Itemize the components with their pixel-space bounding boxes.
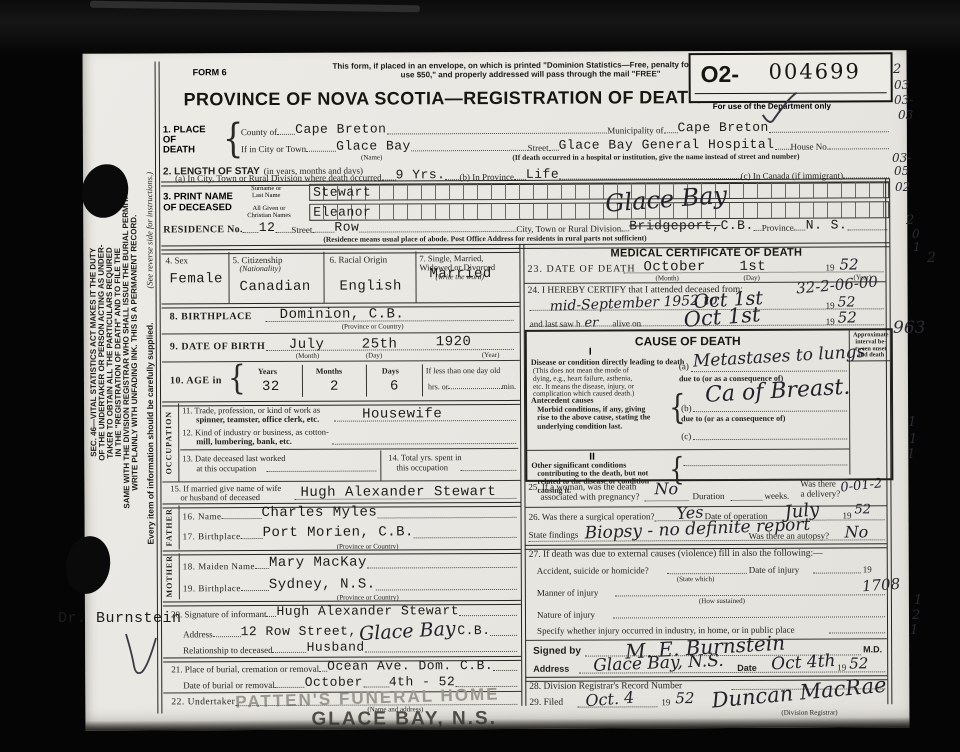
manner-line [615,594,885,596]
pregnancy-label-1: 25. If a woman, was the death [528,481,636,491]
date-of-birth-label: 9. DATE OF BIRTH [170,341,265,352]
mother-maiden-label: 18. Maiden Name [183,561,255,571]
total-yrs-label-2: this occupation [396,462,448,472]
margin-note: 2 [912,608,920,623]
filed-label: 29. Filed [529,698,563,708]
margin-note: 963 [893,318,925,338]
city-label: If in City or Town [241,144,306,154]
house-no-label: House No. [790,142,829,152]
birthplace-note: (Province or Country) [342,322,404,330]
signed-by-label: Signed by [533,646,581,657]
sex-label: 4. Sex [165,255,188,265]
age-days-label: Days [382,366,399,375]
due-to-label-2: due to (or as a consequence of) [681,414,785,423]
margin-note: 1708 [861,575,900,596]
weeks-label: weeks. [764,491,789,501]
specify-line [829,632,885,633]
surname-sublabel: Surname or Last Name [251,185,281,199]
external-causes-label: 27. If death was due to external causes … [529,549,823,560]
total-yrs-line [460,470,516,471]
informant-relationship-value: Husband [307,640,365,655]
duration-line [730,500,762,501]
residence-division-value: Bridgeport, [629,218,720,233]
age-rule-2 [366,365,367,397]
duration-label: Duration [692,491,724,501]
cause-a-line [691,370,847,372]
findings-line [529,539,885,542]
margin-note: 1 [907,447,915,462]
age-rule-3 [422,364,423,396]
delivery-label-2: a delivery? [800,488,840,498]
trade-label-2: spinner, teamster, office clerk, etc. [196,414,319,425]
informant-relationship-label: Relationship to deceased [183,645,273,655]
dob-year: 1920 [436,334,472,350]
age-months-label: Months [316,367,342,376]
burial-place-value: Ocean Ave. Dom. C.B. [327,658,493,674]
cause-section-rule [527,448,849,450]
birthplace-label: 8. BIRTHPLACE [170,311,252,322]
residence-province-value: N. S. [806,217,848,232]
registration-number: 004699 [769,59,861,83]
how-sustained-note: (How sustained) [699,597,745,605]
father-tab-rule [178,505,179,549]
informant-address-value2: C.B. [457,623,490,638]
last-worked-label-2: at this occupation [196,463,256,473]
margin-note: 1 [910,623,918,638]
accident-line [667,573,747,574]
filed-19: 19 [661,697,670,707]
paper-bottom-shadow [85,717,909,731]
rule-occupation-bottom [162,480,520,483]
age-rule-1 [302,365,303,397]
place-of-death-label: 1. PLACE OF DEATH [163,125,225,155]
md-label: M.D. [863,644,882,654]
pregnancy-answer-handwriting: No [654,479,678,498]
antecedent-label: Antecedent causes [531,396,593,405]
nature-line [613,616,885,618]
rule-12-13 [180,448,518,450]
county-label: County of [241,127,277,137]
address-line [579,671,885,673]
residence-division-value2: C.B. [721,218,754,233]
mother-tab-rule [179,553,180,599]
cause-a-label: (a) [679,361,689,371]
injury-date-label: Date of injury [749,565,800,575]
dob-day-note: (Day) [366,351,382,359]
cell-rule-2 [323,252,324,303]
marital-status-value: Married [429,266,491,282]
residence-note: (Residence means usual place of abode. P… [323,233,646,243]
pregnancy-line [644,500,688,501]
burial-date-label: Date of burial or removal [183,680,275,690]
operation-year-handwriting: 52 [854,502,871,517]
rule-13-14 [380,451,381,481]
margin-note: 05 [894,164,909,178]
medical-certificate-header: MEDICAL CERTIFICATE OF DEATH [527,246,885,260]
total-yrs-label-1: 14. Total yrs. spent in [388,452,461,462]
residence-street-label: Street [291,225,312,235]
margin-note: 03 [894,78,909,92]
informant-address-value: 12 Row Street, [241,624,357,640]
signed-year-handwriting: 52 [849,654,868,672]
age-min-label: min. [502,382,516,391]
margin-note: 2 [906,213,914,228]
father-birthplace-value: Port Morien, C.B. [263,524,414,541]
alive-on-label: alive on [612,318,641,328]
cause-b-label: (b) [681,403,692,413]
age-years-value: 32 [262,379,280,395]
given-names-sublabel: All Given or Christian Names [247,205,291,219]
margin-note: 03- [894,93,913,107]
findings-label: State findings [529,530,579,540]
doctor-margin-note: Dr. Burnstein [58,610,182,627]
cause-c-label: (c) [681,431,691,441]
sidebar-see-reverse-note: (See reverse side for instructions.) [144,172,155,289]
delivery-handwriting: 0-01-2 [840,476,883,495]
city-value: Glace Bay [336,138,411,153]
burial-place-label: 21. Place of burial, cremation or remova… [171,664,319,675]
delivery-label-1: Was there [800,479,836,489]
industry-line [332,443,516,445]
pregnancy-label-2: associated with pregnancy? [540,491,639,501]
cell-rule-1 [228,252,229,303]
accident-label: Accident, suicide or homicide? [537,565,649,575]
cause-b-line [693,410,847,412]
citizenship-note: (Nationality) [239,264,280,273]
last-worked-label-1: 13. Date deceased last worked [182,453,285,463]
undertaker-label: 22. Undertaker [171,697,235,707]
father-birthplace-label: 17. Birthplace [183,531,241,541]
surname-grid [309,181,889,201]
last-worked-line [266,471,376,472]
filed-year-handwriting: 52 [675,689,694,707]
manner-label: Manner of injury [537,588,599,598]
cell-rule-3 [415,251,416,302]
registration-number-prefix: O2- [701,61,739,88]
industry-label-2: mill, lumbering, bank, etc. [196,436,292,446]
rule-9-10 [162,360,520,363]
street-label: Street [528,143,549,153]
disease-note: (This does not mean the mode of dying, e… [533,366,634,398]
racial-origin-label: 6. Racial Origin [329,254,387,264]
margin-note: 1 [913,240,921,254]
racial-origin-value: English [340,278,402,294]
residence-province-label: Province [762,223,794,233]
informant-value: Hugh Alexander Stewart [276,603,459,619]
residence-street-value: Row [334,220,359,235]
margin-note: 2 [893,62,901,77]
date-of-death-label: 23. DATE OF DEATH [527,263,635,274]
age-label: 10. AGE in [170,375,222,386]
cause-roman-one: I [589,347,592,358]
dod-month-note: (Month) [655,274,678,282]
age-less-label: If less than one day old [426,366,500,375]
checkmark-bottom-left [122,630,162,680]
margin-note: 03 [898,108,913,122]
dob-month-note: (Month) [296,352,319,360]
age-years-label: Years [258,367,277,376]
sex-value: Female [169,271,222,287]
mother-birthplace-value: Sydney, N.S. [269,577,376,593]
mother-tab: MOTHER [165,555,174,597]
father-tab: FATHER [165,507,174,547]
informant-address-label: Address [183,629,213,639]
given-names-value: Eleanor [313,205,371,220]
father-name-label: 16. Name [183,511,222,521]
citizenship-value: Canadian [240,279,311,295]
scanned-death-registration: SEC. 46—VITAL STATISTICS ACT MAKES IT TH… [0,0,960,752]
physician-address-label: Address [533,664,569,674]
dob-year-note: (Year) [482,351,500,359]
age-brace: { [228,358,246,398]
residence-division-label: City, Town or Rural Division [516,223,621,233]
filed-line [577,706,657,707]
margin-note: 0 [912,227,920,241]
cause-of-death-box: CAUSE OF DEATH Approximate interval be- … [525,328,894,482]
other-line-1 [683,464,847,466]
residence-label: RESIDENCE No. [163,224,243,235]
informant-label: 20. Signature of informant [171,609,267,619]
residence-no-value: 12 [259,220,276,235]
age-months-value: 2 [330,379,339,395]
form-number: FORM 6 [193,67,227,77]
street-value: Glace Bay General Hospital [559,137,775,153]
cause-c-line [693,438,847,440]
margin-note: 2 [927,250,936,266]
injury-date-line [813,572,861,573]
nature-label: Nature of injury [537,610,595,620]
sidebar-every-item-note: Every item of information should be care… [145,323,156,545]
spouse-label-2: or husband of deceased [180,492,260,502]
age-hrs-label: hrs. or [428,382,448,391]
injury-19: 19 [863,564,872,574]
county-value: Cape Breton [295,121,386,136]
occupation-tab: OCCUPATION [164,405,173,479]
occupation-tab-rule [178,403,179,481]
document-title: PROVINCE OF NOVA SCOTIA—REGISTRATION OF … [163,87,723,110]
burial-date-month: October [305,675,363,690]
margin-note: 1 [909,432,917,447]
margin-note: 03- [892,151,911,165]
margin-note: 1 [914,593,922,608]
mother-maiden-value: Mary MacKay [269,555,367,571]
last-saw-label: and last saw h [530,319,581,329]
father-name-value: Charles Myles [261,505,377,522]
rule-25-26 [525,505,887,508]
margin-note: 1 [908,415,916,430]
municipality-label: Municipality of [607,125,663,135]
antecedent-note: Morbid conditions, if any, giving rise t… [537,405,650,431]
age-days-value: 6 [390,378,399,394]
state-which-note: (State which) [677,575,715,583]
print-name-label: 3. PRINT NAME OF DECEASED [163,191,243,213]
dod-day-note: (Day) [743,274,759,282]
municipality-value: Cape Breton [677,120,768,135]
document-paper: SEC. 46—VITAL STATISTICS ACT MAKES IT TH… [83,50,910,731]
margin-note: 02 [895,180,910,194]
surname-value: Stewart [313,185,371,200]
mother-birthplace-label: 19. Birthplace [183,583,241,593]
operation-label: 26. Was there a surgical operation? [529,511,655,522]
division-registrar-note: (Division Registrar) [781,709,837,717]
last-saw-her-handwriting: er [584,316,598,331]
